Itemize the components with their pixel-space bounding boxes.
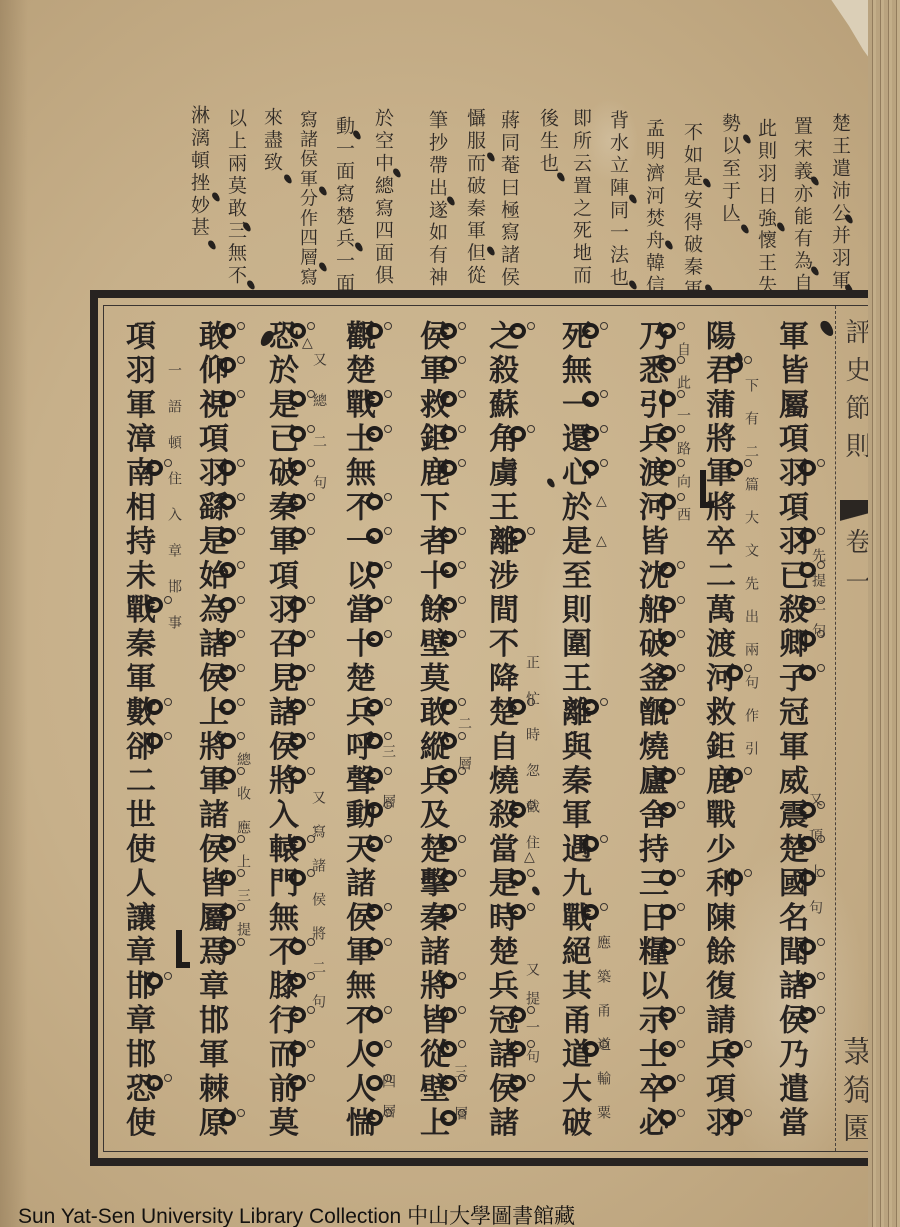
- emphasis-ring-mark: [659, 426, 676, 442]
- emphasis-circle-mark: [527, 322, 535, 330]
- pause-mark: [556, 171, 567, 183]
- emphasis-ring-mark: [799, 1007, 816, 1023]
- emphasis-ring-mark: [366, 323, 383, 339]
- emphasis-ring-mark: [659, 768, 676, 784]
- emphasis-circle-mark: [817, 596, 825, 604]
- pause-mark: [740, 223, 751, 235]
- emphasis-ring-mark: [366, 939, 383, 955]
- center-fold-line: [835, 306, 836, 1151]
- emphasis-ring-mark: [219, 494, 236, 510]
- emphasis-circle-mark: [458, 767, 466, 775]
- emphasis-circle-mark: [237, 459, 245, 467]
- emphasis-circle-mark: [677, 322, 685, 330]
- emphasis-circle-mark: [677, 664, 685, 672]
- emphasis-ring-mark: [509, 323, 526, 339]
- triangle-mark: △: [524, 850, 535, 864]
- emphasis-circle-mark: [384, 630, 392, 638]
- emphasis-circle-mark: [384, 322, 392, 330]
- emphasis-ring-mark: [726, 460, 743, 476]
- emphasis-ring-mark: [366, 1007, 383, 1023]
- emphasis-circle-mark: [458, 425, 466, 433]
- commentary-column: 孟明濟河焚舟韓信: [642, 118, 666, 297]
- emphasis-circle-mark: [677, 493, 685, 501]
- emphasis-ring-mark: [219, 1110, 236, 1126]
- commentary-column: 蔣同菴曰極寫諸侯: [497, 110, 521, 289]
- emphasis-ring-mark: [440, 768, 457, 784]
- emphasis-ring-mark: [659, 597, 676, 613]
- commentary-column: 淋漓頓挫妙甚: [187, 105, 211, 239]
- emphasis-circle-mark: [384, 801, 392, 809]
- emphasis-circle-mark: [458, 972, 466, 980]
- emphasis-ring-mark: [440, 426, 457, 442]
- emphasis-ring-mark: [659, 665, 676, 681]
- emphasis-circle-mark: [237, 835, 245, 843]
- emphasis-ring-mark: [799, 597, 816, 613]
- interlinear-note: 又總二句: [311, 352, 327, 516]
- interlinear-note: 又寫諸侯將二句: [310, 790, 326, 1028]
- emphasis-ring-mark: [146, 460, 163, 476]
- emphasis-circle-mark: [164, 459, 172, 467]
- emphasis-ring-mark: [219, 768, 236, 784]
- emphasis-circle-mark: [677, 767, 685, 775]
- emphasis-ring-mark: [366, 631, 383, 647]
- emphasis-ring-mark: [726, 665, 743, 681]
- triangle-mark: △: [302, 336, 313, 350]
- pause-mark: [283, 173, 294, 185]
- triangle-mark: △: [596, 494, 607, 508]
- emphasis-ring-mark: [366, 426, 383, 442]
- emphasis-circle-mark: [677, 1006, 685, 1014]
- library-watermark: Sun Yat-Sen University Library Collectio…: [18, 1200, 575, 1227]
- emphasis-ring-mark: [440, 1007, 457, 1023]
- emphasis-ring-mark: [219, 597, 236, 613]
- book-page: 楚王遣沛公并羽軍 置宋義亦能有為自 此則羽日強懷王失 勢以至于亾 不如是安得破秦…: [0, 0, 900, 1227]
- interlinear-note: 下有二篇大文先出兩句作引: [743, 378, 759, 774]
- emphasis-ring-mark: [366, 768, 383, 784]
- emphasis-ring-mark: [582, 323, 599, 339]
- emphasis-ring-mark: [289, 836, 306, 852]
- emphasis-circle-mark: [600, 459, 608, 467]
- emphasis-circle-mark: [458, 630, 466, 638]
- emphasis-circle-mark: [237, 322, 245, 330]
- emphasis-circle-mark: [458, 459, 466, 467]
- main-text-column: 敢仰視項羽繇是始為諸侯上將軍諸侯皆屬焉章邯軍棘原: [192, 320, 228, 1141]
- emphasis-ring-mark: [799, 973, 816, 989]
- emphasis-circle-mark: [384, 767, 392, 775]
- emphasis-circle-mark: [458, 322, 466, 330]
- emphasis-circle-mark: [237, 767, 245, 775]
- emphasis-circle-mark: [744, 664, 752, 672]
- emphasis-ring-mark: [219, 939, 236, 955]
- emphasis-ring-mark: [799, 460, 816, 476]
- interlinear-note: 三層: [380, 744, 396, 844]
- emphasis-ring-mark: [440, 973, 457, 989]
- emphasis-circle-mark: [817, 630, 825, 638]
- pause-mark: [486, 151, 497, 163]
- emphasis-ring-mark: [366, 802, 383, 818]
- commentary-column: 楚王遣沛公并羽軍: [828, 113, 852, 292]
- page-stack-edge: [868, 0, 900, 1227]
- emphasis-ring-mark: [726, 768, 743, 784]
- commentary-column: 懾服而破秦軍但從: [463, 108, 487, 287]
- emphasis-ring-mark: [366, 836, 383, 852]
- commentary-column: 後生也: [536, 108, 560, 175]
- commentary-column: 寫諸侯軍分作四層寫: [295, 110, 319, 287]
- emphasis-circle-mark: [384, 1006, 392, 1014]
- emphasis-ring-mark: [799, 836, 816, 852]
- emphasis-circle-mark: [817, 1006, 825, 1014]
- emphasis-circle-mark: [817, 664, 825, 672]
- section-break-mark: [700, 470, 714, 508]
- triangle-mark: △: [596, 534, 607, 548]
- emphasis-circle-mark: [677, 801, 685, 809]
- interlinear-note: 二層: [456, 716, 472, 796]
- emphasis-circle-mark: [384, 425, 392, 433]
- emphasis-ring-mark: [289, 665, 306, 681]
- emphasis-circle-mark: [237, 1109, 245, 1117]
- emphasis-ring-mark: [440, 460, 457, 476]
- studio-name: 菉猗園: [835, 1036, 869, 1150]
- commentary-column: 勢以至于亾: [718, 113, 742, 225]
- emphasis-ring-mark: [440, 836, 457, 852]
- emphasis-ring-mark: [799, 665, 816, 681]
- emphasis-circle-mark: [817, 801, 825, 809]
- emphasis-ring-mark: [366, 597, 383, 613]
- emphasis-circle-mark: [600, 835, 608, 843]
- emphasis-ring-mark: [659, 802, 676, 818]
- emphasis-circle-mark: [384, 938, 392, 946]
- emphasis-ring-mark: [659, 631, 676, 647]
- emphasis-circle-mark: [677, 938, 685, 946]
- emphasis-circle-mark: [677, 1109, 685, 1117]
- emphasis-ring-mark: [219, 665, 236, 681]
- emphasis-ring-mark: [509, 1007, 526, 1023]
- main-text-column: 陽君蒲將軍將卒二萬渡河救鉅鹿戰少利陳餘復請兵項羽: [699, 320, 735, 1141]
- emphasis-circle-mark: [307, 972, 315, 980]
- pause-mark: [211, 191, 222, 203]
- emphasis-circle-mark: [307, 493, 315, 501]
- pause-mark: [318, 261, 329, 273]
- emphasis-circle-mark: [307, 1006, 315, 1014]
- emphasis-ring-mark: [799, 631, 816, 647]
- emphasis-circle-mark: [744, 459, 752, 467]
- emphasis-ring-mark: [219, 460, 236, 476]
- pause-mark: [318, 185, 329, 197]
- emphasis-circle-mark: [744, 1109, 752, 1117]
- emphasis-ring-mark: [659, 323, 676, 339]
- emphasis-circle-mark: [527, 425, 535, 433]
- commentary-column: 不如是安得破秦軍: [680, 122, 704, 301]
- emphasis-circle-mark: [307, 630, 315, 638]
- emphasis-circle-mark: [458, 835, 466, 843]
- emphasis-ring-mark: [509, 426, 526, 442]
- emphasis-circle-mark: [237, 938, 245, 946]
- interlinear-note: 正忙時忽截住: [524, 655, 540, 871]
- emphasis-ring-mark: [659, 1007, 676, 1023]
- emphasis-ring-mark: [659, 460, 676, 476]
- emphasis-circle-mark: [677, 596, 685, 604]
- pause-mark: [486, 245, 497, 257]
- emphasis-ring-mark: [289, 426, 306, 442]
- book-title: 評史節則: [841, 318, 871, 470]
- emphasis-circle-mark: [307, 322, 315, 330]
- emphasis-circle-mark: [527, 1006, 535, 1014]
- emphasis-ring-mark: [289, 768, 306, 784]
- emphasis-ring-mark: [289, 494, 306, 510]
- emphasis-circle-mark: [458, 1109, 466, 1117]
- emphasis-circle-mark: [164, 972, 172, 980]
- emphasis-ring-mark: [440, 631, 457, 647]
- emphasis-ring-mark: [582, 426, 599, 442]
- emphasis-ring-mark: [659, 1110, 676, 1126]
- emphasis-ring-mark: [289, 460, 306, 476]
- emphasis-circle-mark: [384, 835, 392, 843]
- emphasis-ring-mark: [509, 802, 526, 818]
- emphasis-ring-mark: [659, 494, 676, 510]
- emphasis-circle-mark: [817, 938, 825, 946]
- emphasis-ring-mark: [146, 973, 163, 989]
- section-break-mark: [176, 930, 190, 968]
- emphasis-circle-mark: [527, 801, 535, 809]
- commentary-column: 背水立陣同一法也: [606, 110, 630, 289]
- emphasis-ring-mark: [799, 939, 816, 955]
- emphasis-ring-mark: [289, 973, 306, 989]
- emphasis-ring-mark: [146, 597, 163, 613]
- commentary-column: 動一面寫楚兵一面: [332, 116, 356, 295]
- fishtail-ornament: [840, 500, 870, 526]
- emphasis-circle-mark: [677, 459, 685, 467]
- emphasis-ring-mark: [219, 323, 236, 339]
- emphasis-circle-mark: [817, 972, 825, 980]
- emphasis-circle-mark: [677, 630, 685, 638]
- emphasis-ring-mark: [726, 1110, 743, 1126]
- emphasis-ring-mark: [440, 597, 457, 613]
- emphasis-ring-mark: [582, 836, 599, 852]
- pause-mark: [207, 239, 218, 251]
- commentary-column: 此則羽日強懷王失: [754, 118, 778, 297]
- emphasis-circle-mark: [307, 767, 315, 775]
- emphasis-circle-mark: [237, 596, 245, 604]
- emphasis-ring-mark: [289, 1007, 306, 1023]
- emphasis-circle-mark: [384, 493, 392, 501]
- emphasis-ring-mark: [289, 631, 306, 647]
- emphasis-circle-mark: [384, 596, 392, 604]
- commentary-column: 即所云置之死地而: [569, 108, 593, 287]
- main-text-column: 項羽軍漳南相持未戰秦軍數卻二世使人讓章邯章邯恐使: [119, 320, 155, 1141]
- emphasis-circle-mark: [458, 1006, 466, 1014]
- commentary-column: 以上兩莫敢三無不: [224, 108, 248, 287]
- commentary-column: 筆抄帶出遂如有神: [425, 110, 449, 289]
- main-text-column: 死無一還心於是至則圍王離與秦軍遇九戰絕其甬道大破: [555, 320, 591, 1141]
- emphasis-ring-mark: [289, 939, 306, 955]
- emphasis-ring-mark: [659, 939, 676, 955]
- emphasis-circle-mark: [237, 664, 245, 672]
- emphasis-circle-mark: [307, 938, 315, 946]
- emphasis-circle-mark: [677, 425, 685, 433]
- emphasis-circle-mark: [307, 425, 315, 433]
- emphasis-ring-mark: [440, 1110, 457, 1126]
- emphasis-ring-mark: [366, 494, 383, 510]
- interlinear-note: 自此一路向西: [675, 342, 691, 540]
- emphasis-circle-mark: [237, 493, 245, 501]
- emphasis-ring-mark: [289, 323, 306, 339]
- emphasis-circle-mark: [600, 425, 608, 433]
- volume-label: 卷一: [841, 528, 871, 608]
- emphasis-circle-mark: [164, 596, 172, 604]
- pause-mark: [742, 133, 753, 145]
- emphasis-circle-mark: [307, 664, 315, 672]
- emphasis-ring-mark: [219, 631, 236, 647]
- emphasis-circle-mark: [817, 835, 825, 843]
- emphasis-ring-mark: [440, 323, 457, 339]
- commentary-column: 來盡致: [260, 107, 284, 174]
- emphasis-ring-mark: [366, 1110, 383, 1126]
- emphasis-ring-mark: [289, 597, 306, 613]
- emphasis-ring-mark: [799, 802, 816, 818]
- interlinear-note: 又提一句: [524, 962, 540, 1078]
- emphasis-circle-mark: [307, 596, 315, 604]
- emphasis-circle-mark: [237, 630, 245, 638]
- interlinear-note: 應築甬道輸粟: [595, 935, 611, 1139]
- emphasis-circle-mark: [307, 459, 315, 467]
- emphasis-circle-mark: [600, 322, 608, 330]
- emphasis-circle-mark: [384, 1109, 392, 1117]
- emphasis-circle-mark: [744, 767, 752, 775]
- interlinear-note: 一語頓住入章邯事: [166, 363, 182, 651]
- emphasis-ring-mark: [219, 836, 236, 852]
- emphasis-circle-mark: [307, 835, 315, 843]
- emphasis-circle-mark: [817, 459, 825, 467]
- emphasis-circle-mark: [458, 596, 466, 604]
- commentary-column: 於空中總寫四面俱: [371, 108, 395, 287]
- emphasis-ring-mark: [582, 460, 599, 476]
- interlinear-note: 總收應上三提: [235, 752, 251, 956]
